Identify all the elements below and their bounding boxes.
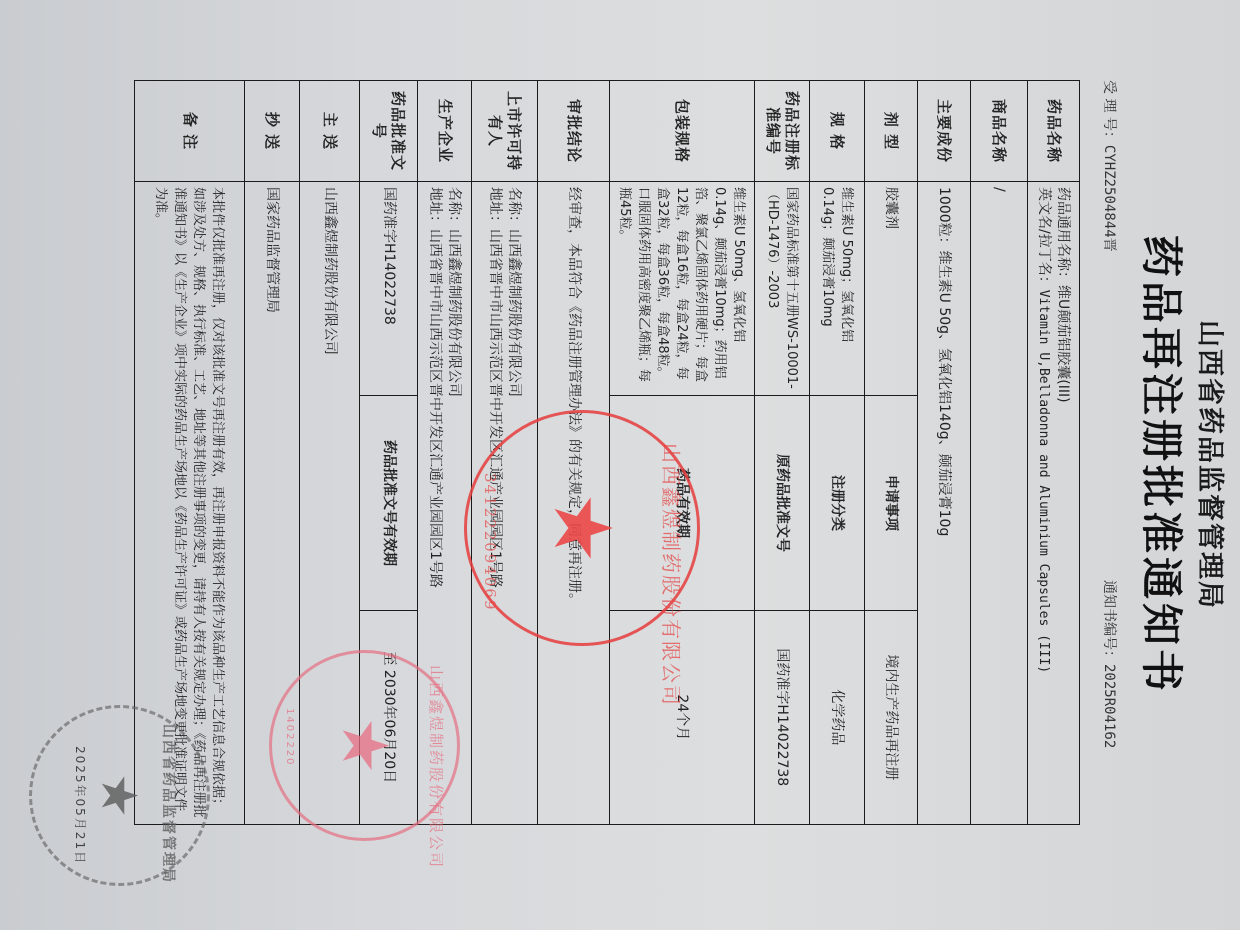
value-conclusion: 经审查，本品符合《药品注册管理办法》的有关规定，同意再注册。 [538, 182, 610, 825]
row-trade-name: 商品名称 / [971, 81, 1028, 825]
row-drug-name: 药品名称 药品通用名称：维U颠茄铝胶囊(III) 英文名/拉丁名：Vitamin… [1028, 81, 1080, 825]
row-mah: 上市许可持有人 名称：山西鑫煜制药股份有限公司 地址：山西省晋中市山西示范区晋中… [472, 81, 538, 825]
value-approval-validity: 至 2030年06月20日 [360, 610, 418, 824]
manufacturer-name-label: 名称： [447, 187, 463, 229]
value-remarks: 本批件仅批准再注册，仅对该批准文号再注册有效，再注册申报资料不能作为该品种生产工… [135, 182, 245, 825]
document-title: 药品再注册批准通知书 [1134, 0, 1194, 930]
label-application-type: 申请事项 [865, 396, 918, 610]
label-conclusion: 审批结论 [538, 81, 610, 182]
value-specification: 维生素U 50mg；氢氧化铝0.14g；颠茄浸膏10mg [810, 182, 865, 396]
value-trade-name: / [971, 182, 1028, 825]
label-shelf-life: 药品有效期 [610, 396, 755, 610]
label-cc: 抄 送 [245, 81, 300, 182]
agency-seal-date: 2025年05月21日 [72, 746, 89, 865]
notice-number: 通知书编号：2025R04162 [1100, 580, 1120, 748]
manufacturer-address: 山西省晋中市山西示范区晋中开发区汇通产业园园区1号路 [428, 229, 444, 588]
label-manufacturer: 生产企业 [418, 81, 472, 182]
value-approval-no: 国药准字H14022738 [360, 182, 418, 396]
label-trade-name: 商品名称 [971, 81, 1028, 182]
label-standard-no: 药品注册标准编号 [755, 81, 810, 182]
row-approval-no: 药品批准文号 国药准字H14022738 药品批准文号有效期 至 2030年06… [360, 81, 418, 825]
label-packaging: 包装规格 [610, 81, 755, 182]
row-manufacturer: 生产企业 名称：山西鑫煜制药股份有限公司 地址：山西省晋中市山西示范区晋中开发区… [418, 81, 472, 825]
value-cc: 国家药品监督管理局 [245, 182, 300, 825]
row-remarks: 备 注 本批件仅批准再注册，仅对该批准文号再注册有效，再注册申报资料不能作为该品… [135, 81, 245, 825]
notice-number-value: 2025R04162 [1101, 664, 1117, 748]
approval-table: 药品名称 药品通用名称：维U颠茄铝胶囊(III) 英文名/拉丁名：Vitamin… [134, 80, 1080, 825]
row-conclusion: 审批结论 经审查，本品符合《药品注册管理办法》的有关规定，同意再注册。 [538, 81, 610, 825]
mah-name-label: 名称： [507, 187, 523, 229]
value-shelf-life: 24个月 [610, 610, 755, 824]
value-ingredients: 1000粒：维生素U 50g、氢氧化铝140g、颠茄浸膏10g [918, 182, 971, 825]
row-specification: 规 格 维生素U 50mg；氢氧化铝0.14g；颠茄浸膏10mg 注册分类 化学… [810, 81, 865, 825]
value-registration-category: 化学药品 [810, 610, 865, 824]
mah-address: 山西省晋中市山西示范区晋中开发区汇通产业园园区1号路 [488, 229, 504, 588]
label-approval-validity: 药品批准文号有效期 [360, 396, 418, 610]
value-application-type: 境内生产药品再注册 [865, 610, 918, 824]
row-main-recipient: 主 送 山西鑫煜制药股份有限公司 [300, 81, 360, 825]
label-drug-name: 药品名称 [1028, 81, 1080, 182]
generic-name-label: 药品通用名称： [1056, 187, 1072, 285]
value-original-approval-no: 国药准字H14022738 [755, 610, 810, 824]
value-manufacturer: 名称：山西鑫煜制药股份有限公司 地址：山西省晋中市山西示范区晋中开发区汇通产业园… [418, 182, 472, 825]
value-main-recipient: 山西鑫煜制药股份有限公司 [300, 182, 360, 825]
label-mah: 上市许可持有人 [472, 81, 538, 182]
label-dosage-form: 剂 型 [865, 81, 918, 182]
mah-address-label: 地址： [488, 187, 504, 229]
value-dosage-form: 胶囊剂 [865, 182, 918, 396]
notice-number-label: 通知书编号： [1101, 580, 1117, 664]
issuing-agency: 山西省药品监督管理局 [1193, 0, 1232, 930]
value-standard-no: 国家药品标准第十五册WS-10001-（HD-1476）-2003 [755, 182, 810, 396]
label-registration-category: 注册分类 [810, 396, 865, 610]
english-name-value: Vitamin U,Belladonna and Aluminium Capsu… [1037, 290, 1052, 674]
value-drug-name: 药品通用名称：维U颠茄铝胶囊(III) 英文名/拉丁名：Vitamin U,Be… [1028, 182, 1080, 825]
label-main-recipient: 主 送 [300, 81, 360, 182]
value-mah: 名称：山西鑫煜制药股份有限公司 地址：山西省晋中市山西示范区晋中开发区汇通产业园… [472, 182, 538, 825]
manufacturer-name: 山西鑫煜制药股份有限公司 [447, 229, 463, 397]
row-standard-no: 药品注册标准编号 国家药品标准第十五册WS-10001-（HD-1476）-20… [755, 81, 810, 825]
acceptance-number: 受 理 号：CYHZ2504844晋 [1100, 80, 1120, 252]
row-cc: 抄 送 国家药品监督管理局 [245, 81, 300, 825]
label-specification: 规 格 [810, 81, 865, 182]
generic-name-value: 维U颠茄铝胶囊(III) [1056, 285, 1072, 403]
row-dosage-form: 剂 型 胶囊剂 申请事项 境内生产药品再注册 [865, 81, 918, 825]
label-ingredients: 主要成份 [918, 81, 971, 182]
mah-name: 山西鑫煜制药股份有限公司 [507, 229, 523, 397]
row-ingredients: 主要成份 1000粒：维生素U 50g、氢氧化铝140g、颠茄浸膏10g [918, 81, 971, 825]
approval-notice-document: 山西省药品监督管理局 药品再注册批准通知书 受 理 号：CYHZ2504844晋… [0, 0, 1240, 930]
label-approval-no: 药品批准文号 [360, 81, 418, 182]
acceptance-number-label: 受 理 号： [1101, 80, 1117, 145]
acceptance-number-value: CYHZ2504844晋 [1101, 145, 1117, 252]
label-remarks: 备 注 [135, 81, 245, 182]
value-packaging: 维生素U 50mg、氢氧化铝0.14g、颠茄浸膏10mg；药用铝箔、聚氯乙烯固体… [610, 182, 755, 396]
row-packaging: 包装规格 维生素U 50mg、氢氧化铝0.14g、颠茄浸膏10mg；药用铝箔、聚… [610, 81, 755, 825]
manufacturer-address-label: 地址： [428, 187, 444, 229]
english-name-label: 英文名/拉丁名： [1037, 187, 1053, 290]
label-original-approval-no: 原药品批准文号 [755, 396, 810, 610]
